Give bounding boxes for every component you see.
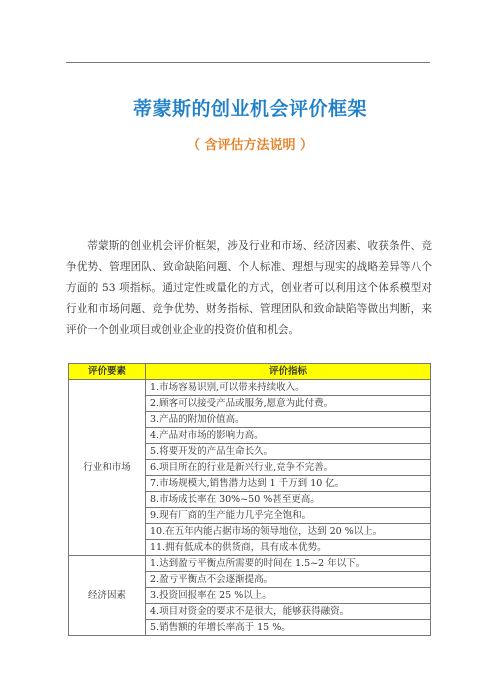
indicator-cell: 7.市场规模大,销售潜力达到 1 千万到 10 亿。 <box>146 476 431 492</box>
indicator-cell: 5.将要开发的产品生命长久。 <box>146 444 431 460</box>
header-factor: 评价要素 <box>69 364 146 380</box>
indicator-cell: 11.拥有低成本的供货商，具有成本优势。 <box>146 540 431 556</box>
evaluation-table: 评价要素 评价指标 行业和市场 1.市场容易识别,可以带来持续收入。 2.顾客可… <box>68 363 431 636</box>
table-row: 行业和市场 1.市场容易识别,可以带来持续收入。 <box>69 380 431 396</box>
factor-economic: 经济因素 <box>69 556 146 636</box>
intro-paragraph: 蒂蒙斯的创业机会评价框架，涉及行业和市场、经济因素、收获条件、竞争优势、管理团队… <box>66 236 432 341</box>
indicator-cell: 2.顾客可以接受产品或服务,愿意为此付费。 <box>146 396 431 412</box>
indicator-cell: 4.项目对资金的要求不是很大，能够获得融资。 <box>146 604 431 620</box>
indicator-cell: 3.投资回报率在 25 %以上。 <box>146 588 431 604</box>
indicator-cell: 8.市场成长率在 30%~50 %甚至更高。 <box>146 492 431 508</box>
document-subtitle: （ 含评估方法说明 ） <box>0 134 500 153</box>
indicator-cell: 9.现有厂商的生产能力几乎完全饱和。 <box>146 508 431 524</box>
document-title: 蒂蒙斯的创业机会评价框架 <box>0 94 500 121</box>
table-row: 经济因素 1.达到盈亏平衡点所需要的时间在 1.5~2 年以下。 <box>69 556 431 572</box>
table-header-row: 评价要素 评价指标 <box>69 364 431 380</box>
header-indicator: 评价指标 <box>146 364 431 380</box>
indicator-cell: 3.产品的附加价值高。 <box>146 412 431 428</box>
indicator-cell: 1.达到盈亏平衡点所需要的时间在 1.5~2 年以下。 <box>146 556 431 572</box>
factor-industry-market: 行业和市场 <box>69 380 146 556</box>
indicator-cell: 6.项目所在的行业是新兴行业,竞争不完善。 <box>146 460 431 476</box>
indicator-cell: 2.盈亏平衡点不会逐渐提高。 <box>146 572 431 588</box>
top-divider <box>66 62 430 63</box>
indicator-cell: 5.销售额的年增长率高于 15 %。 <box>146 620 431 636</box>
indicator-cell: 4.产品对市场的影响力高。 <box>146 428 431 444</box>
indicator-cell: 10.在五年内能占据市场的领导地位，达到 20 %以上。 <box>146 524 431 540</box>
indicator-cell: 1.市场容易识别,可以带来持续收入。 <box>146 380 431 396</box>
